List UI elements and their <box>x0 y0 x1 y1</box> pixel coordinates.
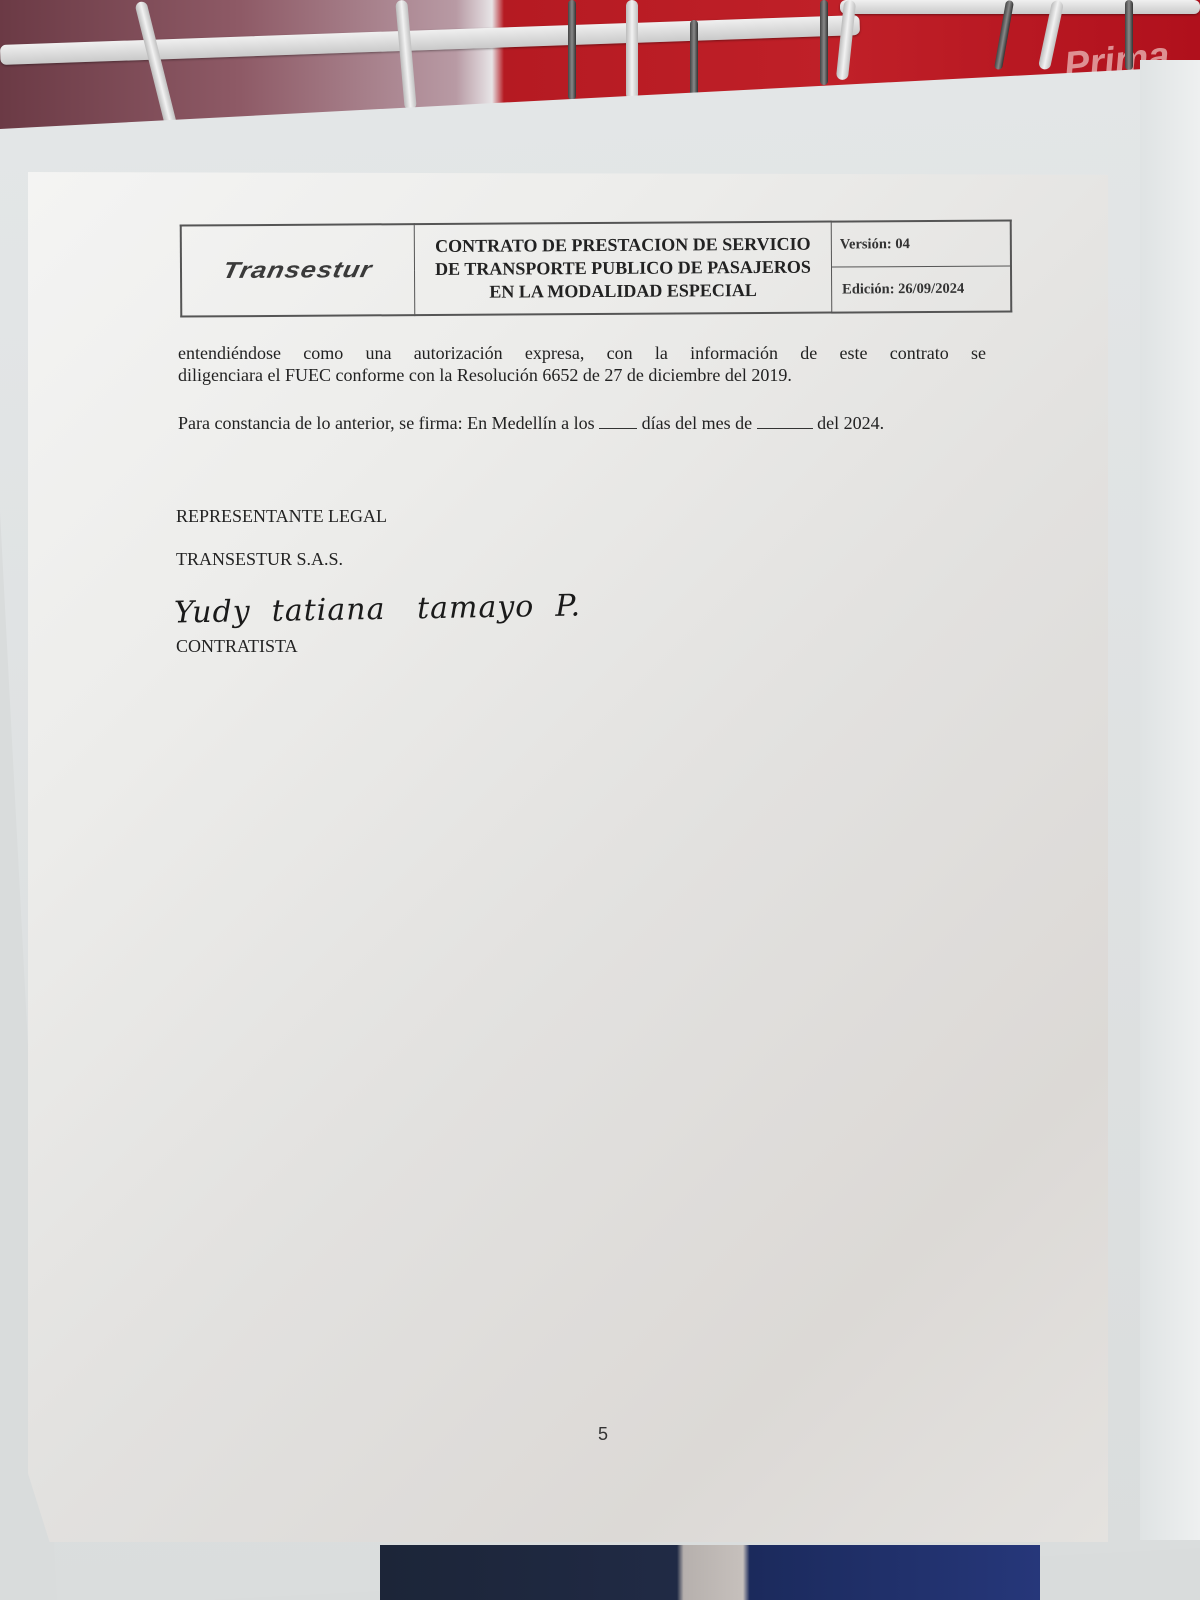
rack-bar <box>840 0 1200 14</box>
document-header: Transestur CONTRATO DE PRESTACION DE SER… <box>180 219 1013 317</box>
background-floor <box>380 1545 1040 1600</box>
month-blank-field[interactable] <box>757 414 813 429</box>
statement-text: días del mes de <box>637 413 756 433</box>
statement-text: del 2024. <box>813 413 885 433</box>
day-blank-field[interactable] <box>599 414 637 429</box>
title-line-1: CONTRATO DE PRESTACION DE SERVICIO <box>415 233 831 259</box>
company-name: TRANSESTUR S.A.S. <box>176 549 343 570</box>
contractor-label: CONTRATISTA <box>176 636 298 657</box>
title-line-2: DE TRANSPORTE PUBLICO DE PASAJEROS <box>415 256 831 282</box>
signing-statement: Para constancia de lo anterior, se firma… <box>178 412 998 434</box>
paragraph-line: diligenciara el FUEC conforme con la Res… <box>178 365 792 385</box>
edition-field: Edición: 26/09/2024 <box>831 266 1011 313</box>
rack-bar <box>0 15 860 65</box>
rack-wire <box>395 0 417 110</box>
rack-wire <box>626 0 638 100</box>
document-title: CONTRATO DE PRESTACION DE SERVICIO DE TR… <box>414 222 832 316</box>
handwritten-signature: Yudy tatiana tamayo P. <box>174 588 582 630</box>
statement-text: Para constancia de lo anterior, se firma… <box>178 413 599 433</box>
title-line-3: EN LA MODALIDAD ESPECIAL <box>415 279 831 305</box>
legal-representative-label: REPRESENTANTE LEGAL <box>176 506 387 527</box>
rack-rod <box>820 0 828 85</box>
rack-rod <box>690 20 698 100</box>
rack-rod <box>568 0 576 100</box>
contract-page: Transestur CONTRATO DE PRESTACION DE SER… <box>28 172 1108 1542</box>
rack-wire <box>134 0 177 129</box>
logo-cell: Transestur <box>181 224 415 316</box>
authorization-paragraph: entendiéndose como una autorización expr… <box>178 342 986 386</box>
rack-rod <box>1125 0 1133 70</box>
paragraph-line: entendiéndose como una autorización expr… <box>178 342 986 364</box>
transestur-logo: Transestur <box>221 257 375 284</box>
background-sheet <box>1140 60 1200 1540</box>
page-number: 5 <box>598 1424 608 1445</box>
version-field: Versión: 04 <box>831 220 1011 267</box>
rack-wire <box>836 0 856 80</box>
